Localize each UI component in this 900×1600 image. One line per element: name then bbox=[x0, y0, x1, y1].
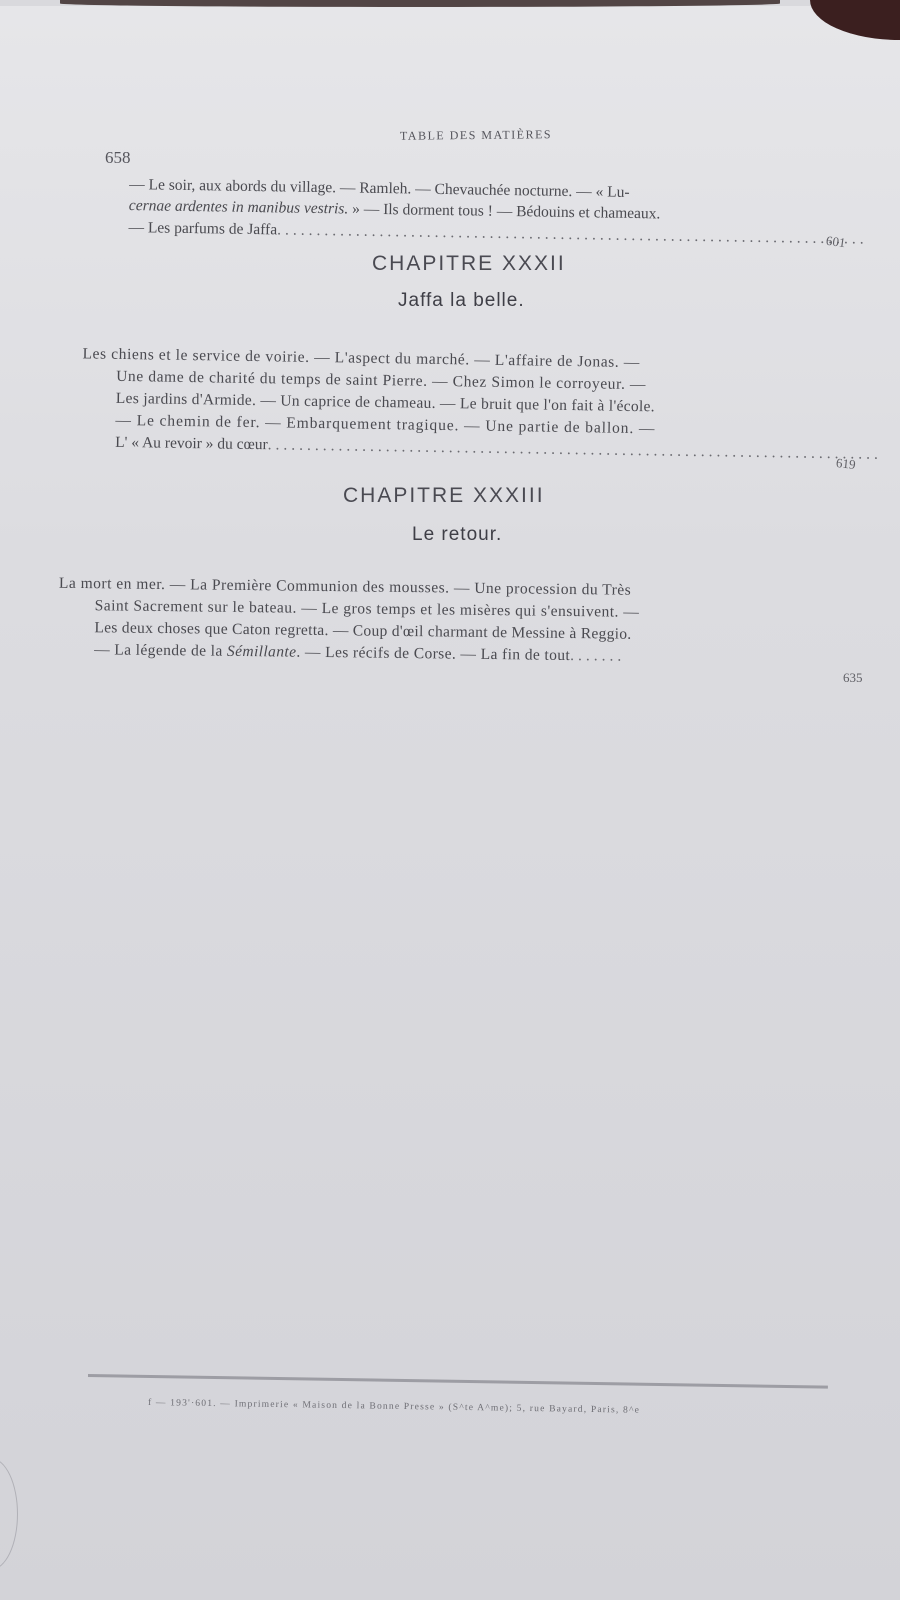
binding-ring-shadow bbox=[0, 1458, 18, 1570]
toc-line-text: — La légende de la bbox=[94, 641, 227, 660]
running-head: TABLE DES MATIÈRES bbox=[400, 127, 552, 144]
footer-rule bbox=[88, 1374, 828, 1389]
page-ref: 619 bbox=[835, 455, 856, 473]
toc-line-text: — Les parfums de Jaffa bbox=[128, 219, 277, 238]
printer-imprint: f — 193'·601. — Imprimerie « Maison de l… bbox=[148, 1398, 640, 1416]
latin-quote: cernae ardentes in manibus vestris. bbox=[129, 197, 349, 217]
toc-line: Les deux choses que Caton regretta. — Co… bbox=[94, 619, 631, 644]
chapter-title: Jaffa la belle. bbox=[398, 290, 525, 312]
toc-line: Saint Sacrement sur le bateau. — Le gros… bbox=[95, 597, 640, 622]
ship-name: Sémillante bbox=[227, 643, 297, 661]
toc-line-rest: . — Les récifs de Corse. — La fin de tou… bbox=[296, 644, 570, 664]
book-page: 658 TABLE DES MATIÈRES — Le soir, aux ab… bbox=[0, 6, 900, 1600]
leader-dots: ....... bbox=[570, 647, 625, 665]
toc-line: La mort en mer. — La Première Communion … bbox=[59, 575, 632, 600]
chapter-heading: CHAPITRE XXXII bbox=[372, 252, 566, 276]
toc-line-last: L' « Au revoir » du cœur................… bbox=[115, 434, 882, 464]
page-number: 658 bbox=[105, 148, 131, 168]
leader-dots: ........................................… bbox=[277, 221, 868, 247]
toc-line-last: — Les parfums de Jaffa..................… bbox=[128, 219, 867, 249]
toc-line-rest: » — Ils dorment tous ! — Bédouins et cha… bbox=[348, 200, 660, 222]
toc-line-last: — La légende de la Sémillante. — Les réc… bbox=[94, 641, 625, 665]
page-ref: 635 bbox=[843, 670, 863, 686]
chapter-title: Le retour. bbox=[412, 524, 502, 546]
leader-dots: ........................................… bbox=[268, 436, 882, 463]
chapter-heading: CHAPITRE XXXIII bbox=[343, 484, 545, 508]
toc-line-text: L' « Au revoir » du cœur bbox=[115, 434, 268, 453]
page-top-edge bbox=[60, 0, 780, 7]
page-ref: 601 bbox=[825, 233, 847, 252]
